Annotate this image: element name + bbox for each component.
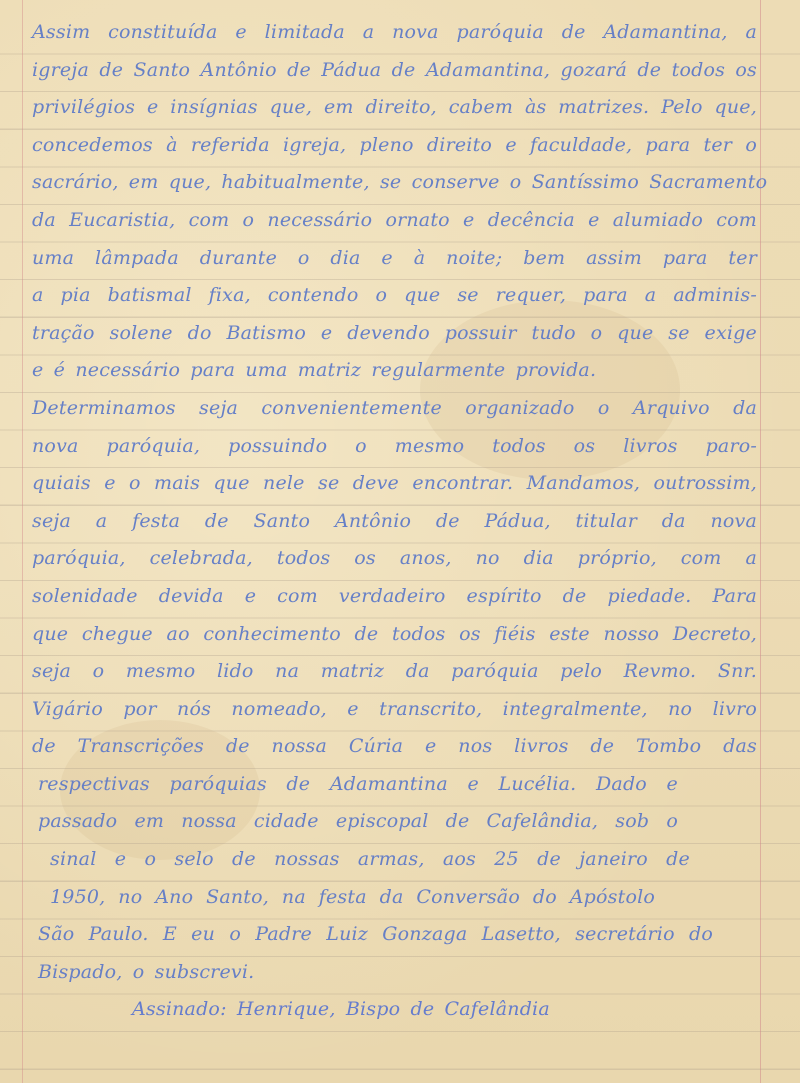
text-line: passado em nossa cidade episcopal de Caf… (32, 803, 678, 841)
text-line: a pia batismal fixa, contendo o que se r… (32, 277, 757, 315)
text-line: solenidade devida e com verdadeiro espír… (32, 578, 757, 616)
text-line: seja a festa de Santo Antônio de Pádua, … (32, 503, 757, 541)
text-line: tração solene do Batismo e devendo possu… (32, 315, 757, 353)
text-line: da Eucaristia, com o necessário ornato e… (32, 202, 757, 240)
text-line: Determinamos seja convenientemente organ… (32, 390, 757, 428)
text-line: quiais e o mais que nele se deve encontr… (32, 465, 757, 503)
text-line: seja o mesmo lido na matriz da paróquia … (32, 653, 757, 691)
text-line: Assim constituída e limitada a nova paró… (32, 14, 757, 52)
left-margin-line (22, 0, 23, 1083)
text-line: São Paulo. E eu o Padre Luiz Gonzaga Las… (32, 916, 713, 954)
text-line: respectivas paróquias de Adamantina e Lu… (32, 766, 678, 804)
text-line: Vigário por nós nomeado, e transcrito, i… (32, 691, 757, 729)
text-line: Bispado, o subscrevi. (32, 954, 762, 992)
text-line: sacrário, em que, habitualmente, se cons… (32, 164, 757, 202)
text-line: que chegue ao conhecimento de todos os f… (32, 616, 757, 654)
text-line: 1950, no Ano Santo, na festa da Conversã… (32, 879, 655, 917)
text-line: sinal e o selo de nossas armas, aos 25 d… (32, 841, 690, 879)
text-line: de Transcrições de nossa Cúria e nos liv… (32, 728, 757, 766)
text-line: nova paróquia, possuindo o mesmo todos o… (32, 428, 757, 466)
text-line: e é necessário para uma matriz regularme… (32, 352, 762, 390)
text-line: concedemos à referida igreja, pleno dire… (32, 127, 757, 165)
handwritten-text-block: Assim constituída e limitada a nova paró… (32, 14, 762, 1029)
text-line: privilégios e insígnias que, em direito,… (32, 89, 757, 127)
text-line: paróquia, celebrada, todos os anos, no d… (32, 540, 757, 578)
manuscript-page: Assim constituída e limitada a nova paró… (0, 0, 800, 1083)
signature-line: Assinado: Henrique, Bispo de Cafelândia (32, 991, 762, 1029)
text-line: igreja de Santo Antônio de Pádua de Adam… (32, 52, 757, 90)
text-line: uma lâmpada durante o dia e à noite; bem… (32, 240, 757, 278)
